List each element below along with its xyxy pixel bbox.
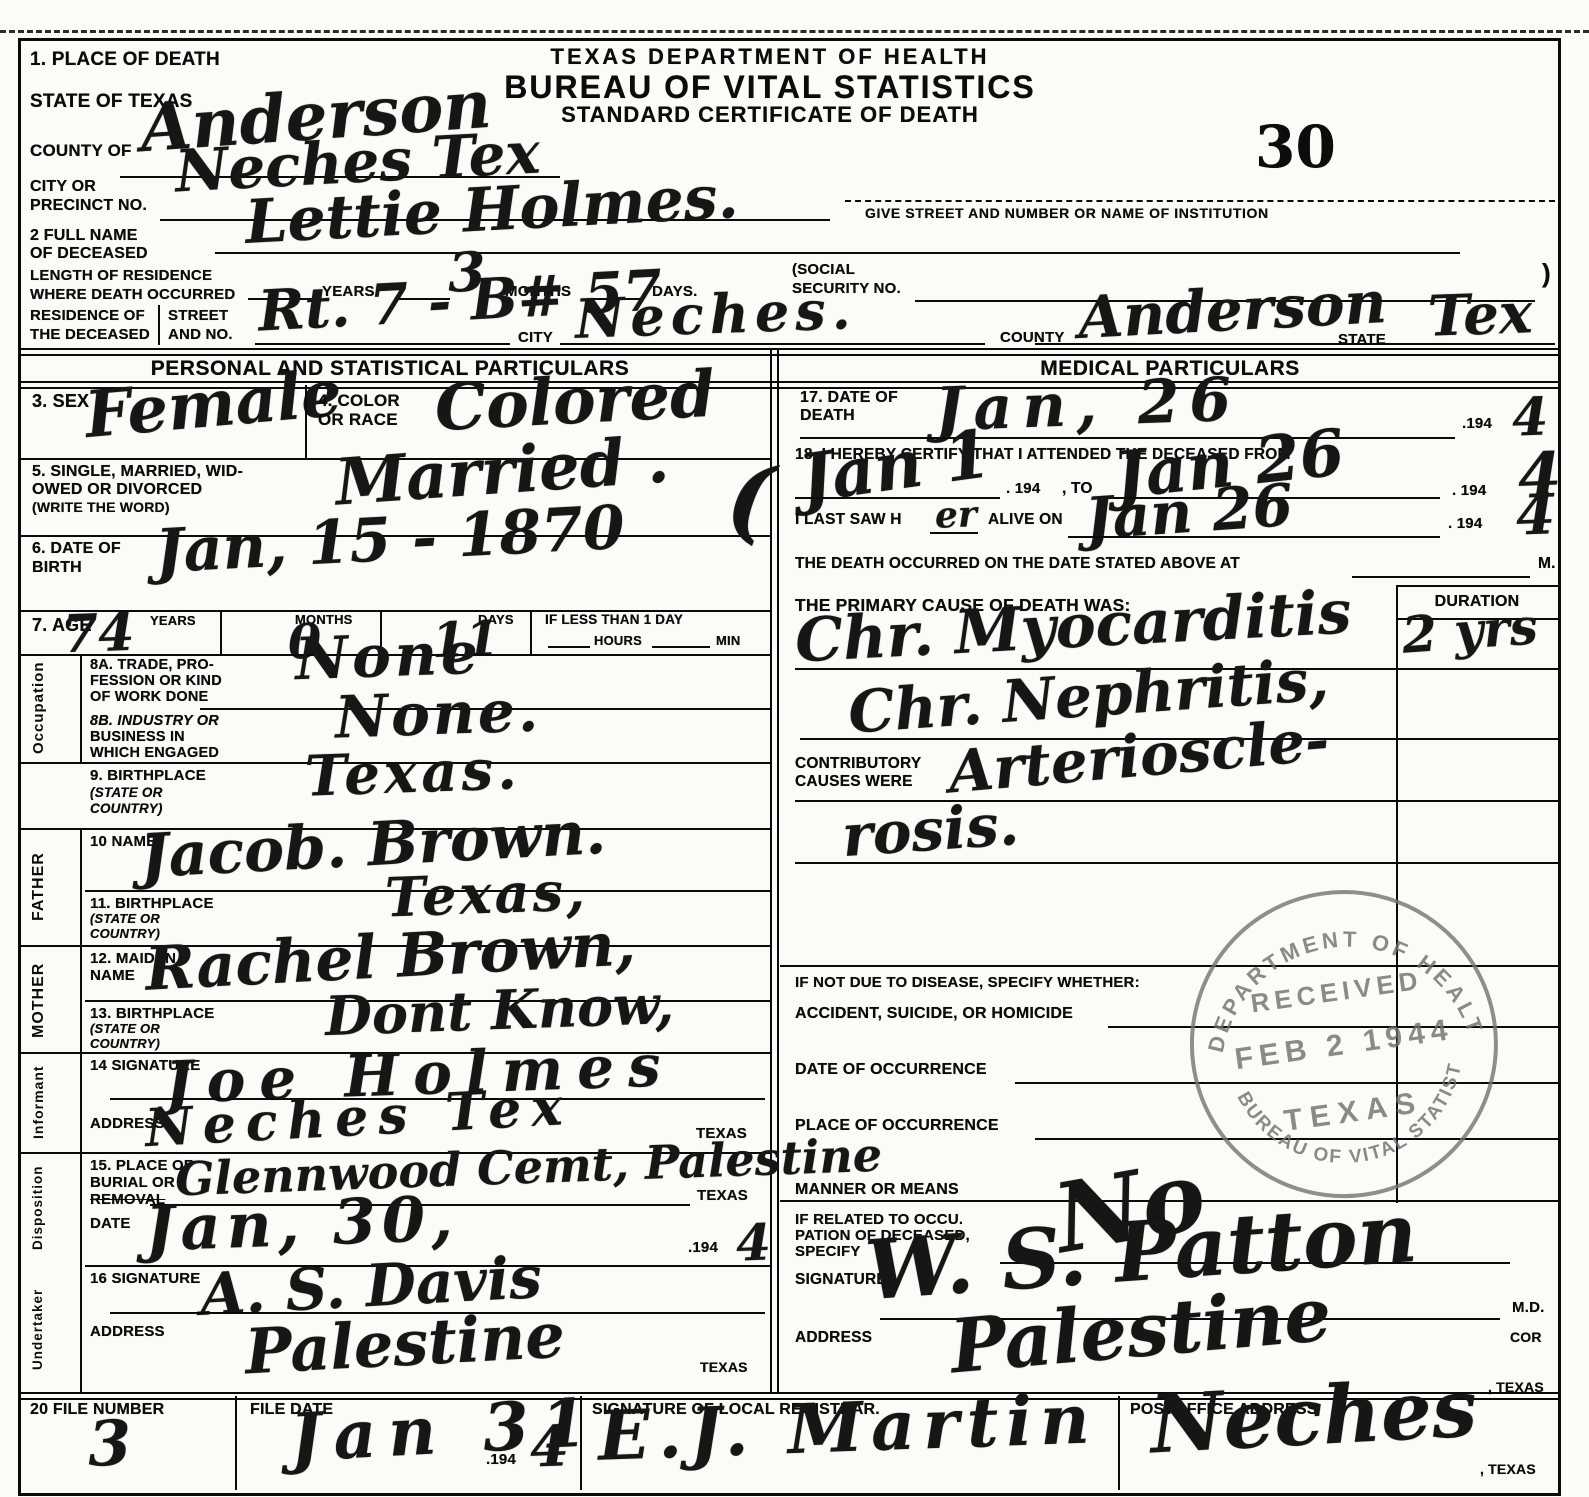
sex-label: 3. SEX — [32, 392, 89, 410]
contributory-label-1: CONTRIBUTORY — [795, 756, 921, 772]
bureau-title: BUREAU OF VITAL STATISTICS — [420, 71, 1120, 103]
birthplace13-label-1: 13. BIRTHPLACE — [90, 1006, 215, 1021]
duration1-value: 2 yrs — [1401, 605, 1539, 657]
res-state-value: Tex — [1427, 290, 1533, 341]
mother-strip-divider — [80, 945, 82, 1052]
maiden-label-2: NAME — [90, 968, 135, 983]
burial-year-hw: 4 — [735, 1221, 771, 1265]
section-top-rule — [21, 348, 1558, 356]
institution-line — [845, 200, 1555, 202]
birthplace9-label-3: COUNTRY) — [90, 802, 163, 816]
trade-value: None — [294, 629, 482, 685]
color-label-2: OR RACE — [318, 411, 398, 428]
full-name-label-1: 2 FULL NAME — [30, 228, 138, 244]
mother-side-label: MOTHER — [30, 950, 48, 1050]
informant-strip-divider — [80, 1052, 82, 1152]
father-side-label: FATHER — [30, 832, 48, 942]
to-year-print: . 194 — [1452, 483, 1486, 498]
color-label-1: 4. COLOR — [318, 392, 400, 409]
city-label-2: PRECINCT NO. — [30, 198, 147, 214]
res-city-label: CITY — [518, 330, 553, 345]
dept-title: TEXAS DEPARTMENT OF HEALTH — [470, 46, 1070, 68]
file-date-year-hw: 4 — [529, 1423, 570, 1472]
res-county-line — [1035, 343, 1555, 345]
dod-year-print: .194 — [1462, 416, 1492, 431]
age-cell-divider — [530, 610, 532, 654]
undertaker-strip-divider — [80, 1265, 82, 1392]
undertaker-side-label: Undertaker — [30, 1270, 45, 1388]
last-saw-label-1: I LAST SAW H — [795, 512, 902, 528]
occurred-label: THE DEATH OCCURRED ON THE DATE STATED AB… — [795, 556, 1240, 572]
certificate-number: 30 — [1255, 118, 1336, 176]
birthplace9-value: Texas. — [304, 746, 521, 801]
torn-edge-line — [0, 30, 1589, 33]
undertaker-sig-label: 16 SIGNATURE — [90, 1271, 200, 1286]
contributory-label-2: CAUSES WERE — [795, 774, 913, 790]
certificate-title: STANDARD CERTIFICATE OF DEATH — [470, 104, 1070, 126]
undertaker-texas-label: TEXAS — [700, 1360, 748, 1374]
birthplace9-label-1: 9. BIRTHPLACE — [90, 768, 206, 783]
birthplace11-label-2: (STATE OR — [90, 912, 160, 925]
duration-box-top — [1396, 585, 1558, 587]
undertaker-addr-value: Palestine — [244, 1310, 566, 1379]
burial-label-2: BURIAL OR — [90, 1175, 175, 1190]
trade-label-3: OF WORK DONE — [90, 690, 208, 705]
min-blank — [652, 646, 710, 648]
last-saw-year-hw: 4 — [1515, 491, 1556, 540]
residence-label-1: RESIDENCE OF — [30, 308, 145, 323]
length-residence-label-1: LENGTH OF RESIDENCE — [30, 268, 212, 283]
received-stamp: DEPARTMENT OF HEALTH BUREAU OF VITAL STA… — [1150, 850, 1540, 1240]
res-city-line — [560, 343, 985, 345]
last-saw-line — [1068, 536, 1440, 538]
accident-label: ACCIDENT, SUICIDE, OR HOMICIDE — [795, 1006, 1073, 1022]
age-years-value: 74 — [61, 611, 135, 658]
last-saw-value: Jan 26 — [1084, 481, 1295, 545]
occupation-side-label: Occupation — [30, 656, 47, 760]
industry-label-2: BUSINESS IN — [90, 730, 185, 745]
occupation-strip-divider — [80, 654, 82, 762]
physician-addr-label: ADDRESS — [795, 1330, 872, 1346]
birthplace11-label-1: 11. BIRTHPLACE — [90, 896, 214, 911]
industry-label-3: WHICH ENGAGED — [90, 746, 219, 761]
informant-side-label: Informant — [30, 1056, 46, 1148]
coroner-fragment-label: COR — [1510, 1330, 1542, 1344]
birthplace13-value: Dont Know, — [324, 982, 674, 1040]
min-label: MIN — [716, 634, 740, 647]
burial-texas-label: TEXAS — [697, 1188, 748, 1203]
trade-label-2: FESSION OR KIND — [90, 674, 222, 689]
dob-label-1: 6. DATE OF — [32, 541, 121, 557]
file-number-value: 3 — [87, 1417, 132, 1471]
occurred-blank — [1352, 576, 1530, 578]
dob-label-2: BIRTH — [32, 560, 82, 576]
hours-blank — [548, 646, 590, 648]
city-label-1: CITY OR — [30, 179, 96, 195]
trade-label-1: 8A. TRADE, PRO- — [90, 658, 214, 673]
residence-divider — [158, 305, 160, 345]
if-not-disease-label: IF NOT DUE TO DISEASE, SPECIFY WHETHER: — [795, 975, 1140, 990]
county-of-label: COUNTY OF — [30, 142, 132, 159]
related-label-3: SPECIFY — [795, 1244, 861, 1259]
street-hint-label: GIVE STREET AND NUMBER OR NAME OF INSTIT… — [865, 206, 1269, 220]
date-occurrence-label: DATE OF OCCURRENCE — [795, 1062, 987, 1078]
street-label-1: STREET — [168, 308, 228, 323]
birthplace9-label-2: (STATE OR — [90, 786, 163, 800]
dod-label-2: DEATH — [800, 408, 855, 424]
age-years-label: YEARS — [150, 614, 196, 627]
birthplace13-label-3: COUNTRY) — [90, 1037, 160, 1050]
last-saw-label-2: ALIVE ON — [988, 512, 1063, 528]
registrar-value: E.J. Martin — [597, 1391, 1098, 1466]
undertaker-addr-label: ADDRESS — [90, 1324, 165, 1339]
dod-year-hw: 4 — [1511, 395, 1549, 440]
industry-label-1: 8B. INDUSTRY OR — [90, 714, 219, 729]
ssn-label-1: (SOCIAL — [792, 262, 855, 277]
hours-label: HOURS — [594, 634, 642, 647]
ssn-close-paren: ) — [1542, 260, 1551, 286]
postoffice-texas-label: , TEXAS — [1480, 1462, 1536, 1476]
postoffice-value: Neches — [1148, 1373, 1478, 1458]
md-label: M.D. — [1512, 1300, 1544, 1315]
if-less-label: IF LESS THAN 1 DAY — [545, 613, 683, 627]
burial-year-print: .194 — [688, 1240, 718, 1255]
dod-label-1: 17. DATE OF — [800, 390, 898, 406]
stamp-date-text: FEB 2 1944 — [1233, 1013, 1456, 1076]
contributory-value-2: rosis. — [840, 800, 1020, 862]
color-value: Colored — [434, 368, 716, 437]
manner-means-label: MANNER OR MEANS — [795, 1182, 959, 1198]
last-saw-year-print: . 194 — [1448, 516, 1482, 531]
death-certificate-scan: 1. PLACE OF DEATH STATE OF TEXAS TEXAS D… — [0, 0, 1589, 1497]
disposition-strip-divider — [80, 1152, 82, 1265]
res-city-value: Neches. — [574, 287, 857, 343]
sex-color-divider — [305, 385, 307, 458]
h-blank — [930, 532, 978, 534]
street-label-2: AND NO. — [168, 327, 233, 342]
industry-value: None. — [334, 686, 542, 742]
place-occurrence-label: PLACE OF OCCURRENCE — [795, 1118, 999, 1134]
marital-label-3: (WRITE THE WORD) — [32, 500, 170, 514]
file-date-year-print: .194 — [486, 1452, 516, 1467]
age-cell-divider — [220, 610, 222, 654]
disposition-side-label: Disposition — [30, 1156, 45, 1260]
footer-divider — [1118, 1396, 1120, 1490]
from-year-print: . 194 — [1006, 481, 1040, 496]
father-strip-divider — [80, 828, 82, 945]
burial-date-label: DATE — [90, 1216, 131, 1231]
footer-divider — [235, 1396, 237, 1490]
meridiem-label: M. — [1538, 556, 1556, 572]
place-of-death-label: 1. PLACE OF DEATH — [30, 50, 220, 69]
last-saw-h-suffix: er — [934, 499, 977, 531]
name-line — [215, 252, 1460, 254]
street-line — [255, 343, 510, 345]
residence-label-2: THE DECEASED — [30, 327, 150, 342]
birthplace13-label-2: (STATE OR — [90, 1022, 160, 1035]
marital-label-1: 5. SINGLE, MARRIED, WID- — [32, 464, 243, 480]
full-name-label-2: OF DECEASED — [30, 246, 148, 262]
length-residence-label-2: WHERE DEATH OCCURRED — [30, 287, 235, 302]
marital-label-2: OWED OR DIVORCED — [32, 482, 202, 498]
burial-date-value: Jan, 30, — [144, 1193, 459, 1257]
